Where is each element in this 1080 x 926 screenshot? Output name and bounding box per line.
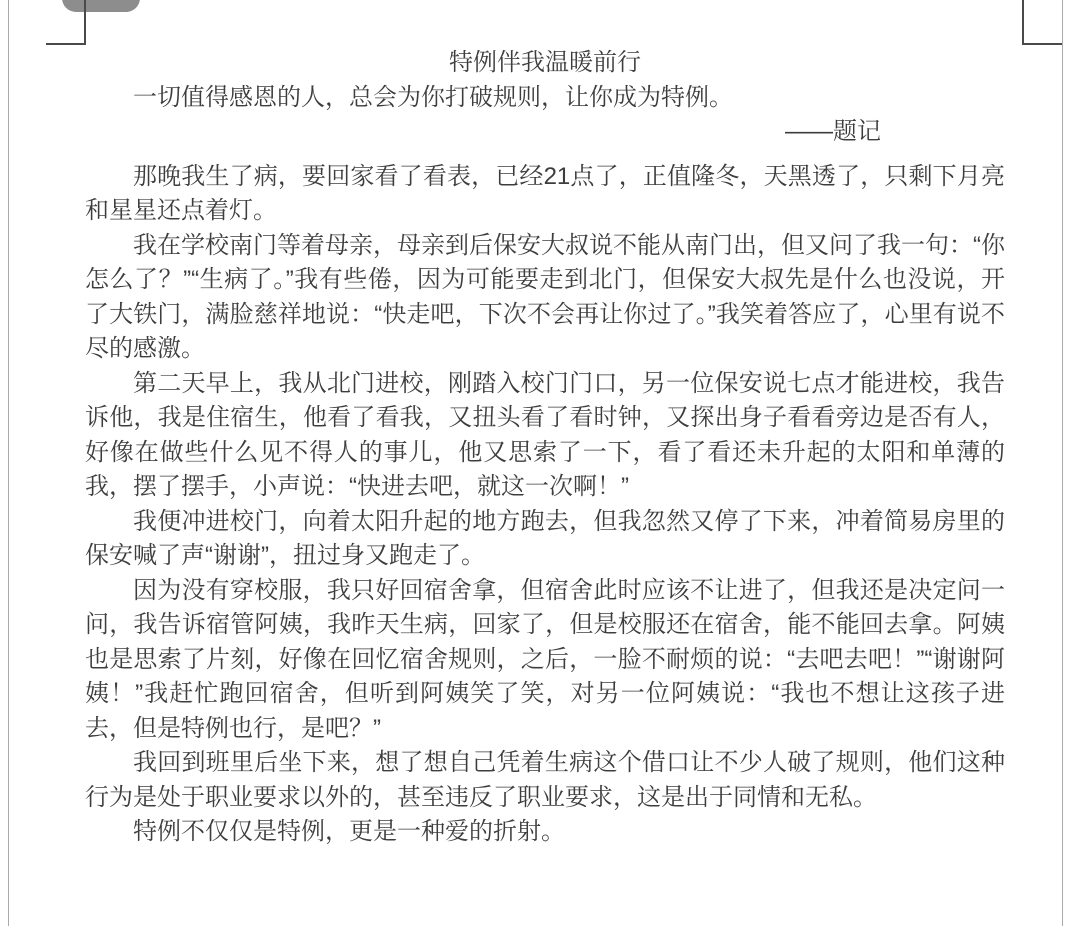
corner-mark-top-right-icon [1022,0,1062,45]
essay-paragraph: 那晚我生了病，要回家看了看表，已经21点了，正值隆冬，天黑透了，只剩下月亮和星星… [85,160,1005,229]
page-edge-line-right [1062,0,1063,926]
essay-content: 特例伴我温暖前行 一切值得感恩的人，总会为你打破规则，让你成为特例。 ——题记 … [85,46,1005,850]
page-edge-line-left [8,0,9,926]
essay-epigraph: 一切值得感恩的人，总会为你打破规则，让你成为特例。 [85,81,1005,116]
essay-paragraph: 我回到班里后坐下来，想了想自己凭着生病这个借口让不少人破了规则，他们这种行为是处… [85,746,1005,815]
epigraph-attribution: ——题记 [85,115,1005,150]
document-page: 特例伴我温暖前行 一切值得感恩的人，总会为你打破规则，让你成为特例。 ——题记 … [0,0,1080,926]
essay-title: 特例伴我温暖前行 [85,46,1005,81]
corner-mark-top-left-icon [46,0,86,45]
essay-paragraph: 我在学校南门等着母亲，母亲到后保安大叔说不能从南门出，但又问了我一句：“你怎么了… [85,229,1005,367]
essay-paragraph: 我便冲进校门，向着太阳升起的地方跑去，但我忽然又停了下来，冲着简易房里的保安喊了… [85,505,1005,574]
essay-paragraph: 特例不仅仅是特例，更是一种爱的折射。 [85,815,1005,850]
essay-paragraph: 第二天早上，我从北门进校，刚踏入校门门口，另一位保安说七点才能进校，我告诉他，我… [85,367,1005,505]
essay-paragraph: 因为没有穿校服，我只好回宿舍拿，但宿舍此时应该不让进了，但我还是决定问一问，我告… [85,574,1005,747]
